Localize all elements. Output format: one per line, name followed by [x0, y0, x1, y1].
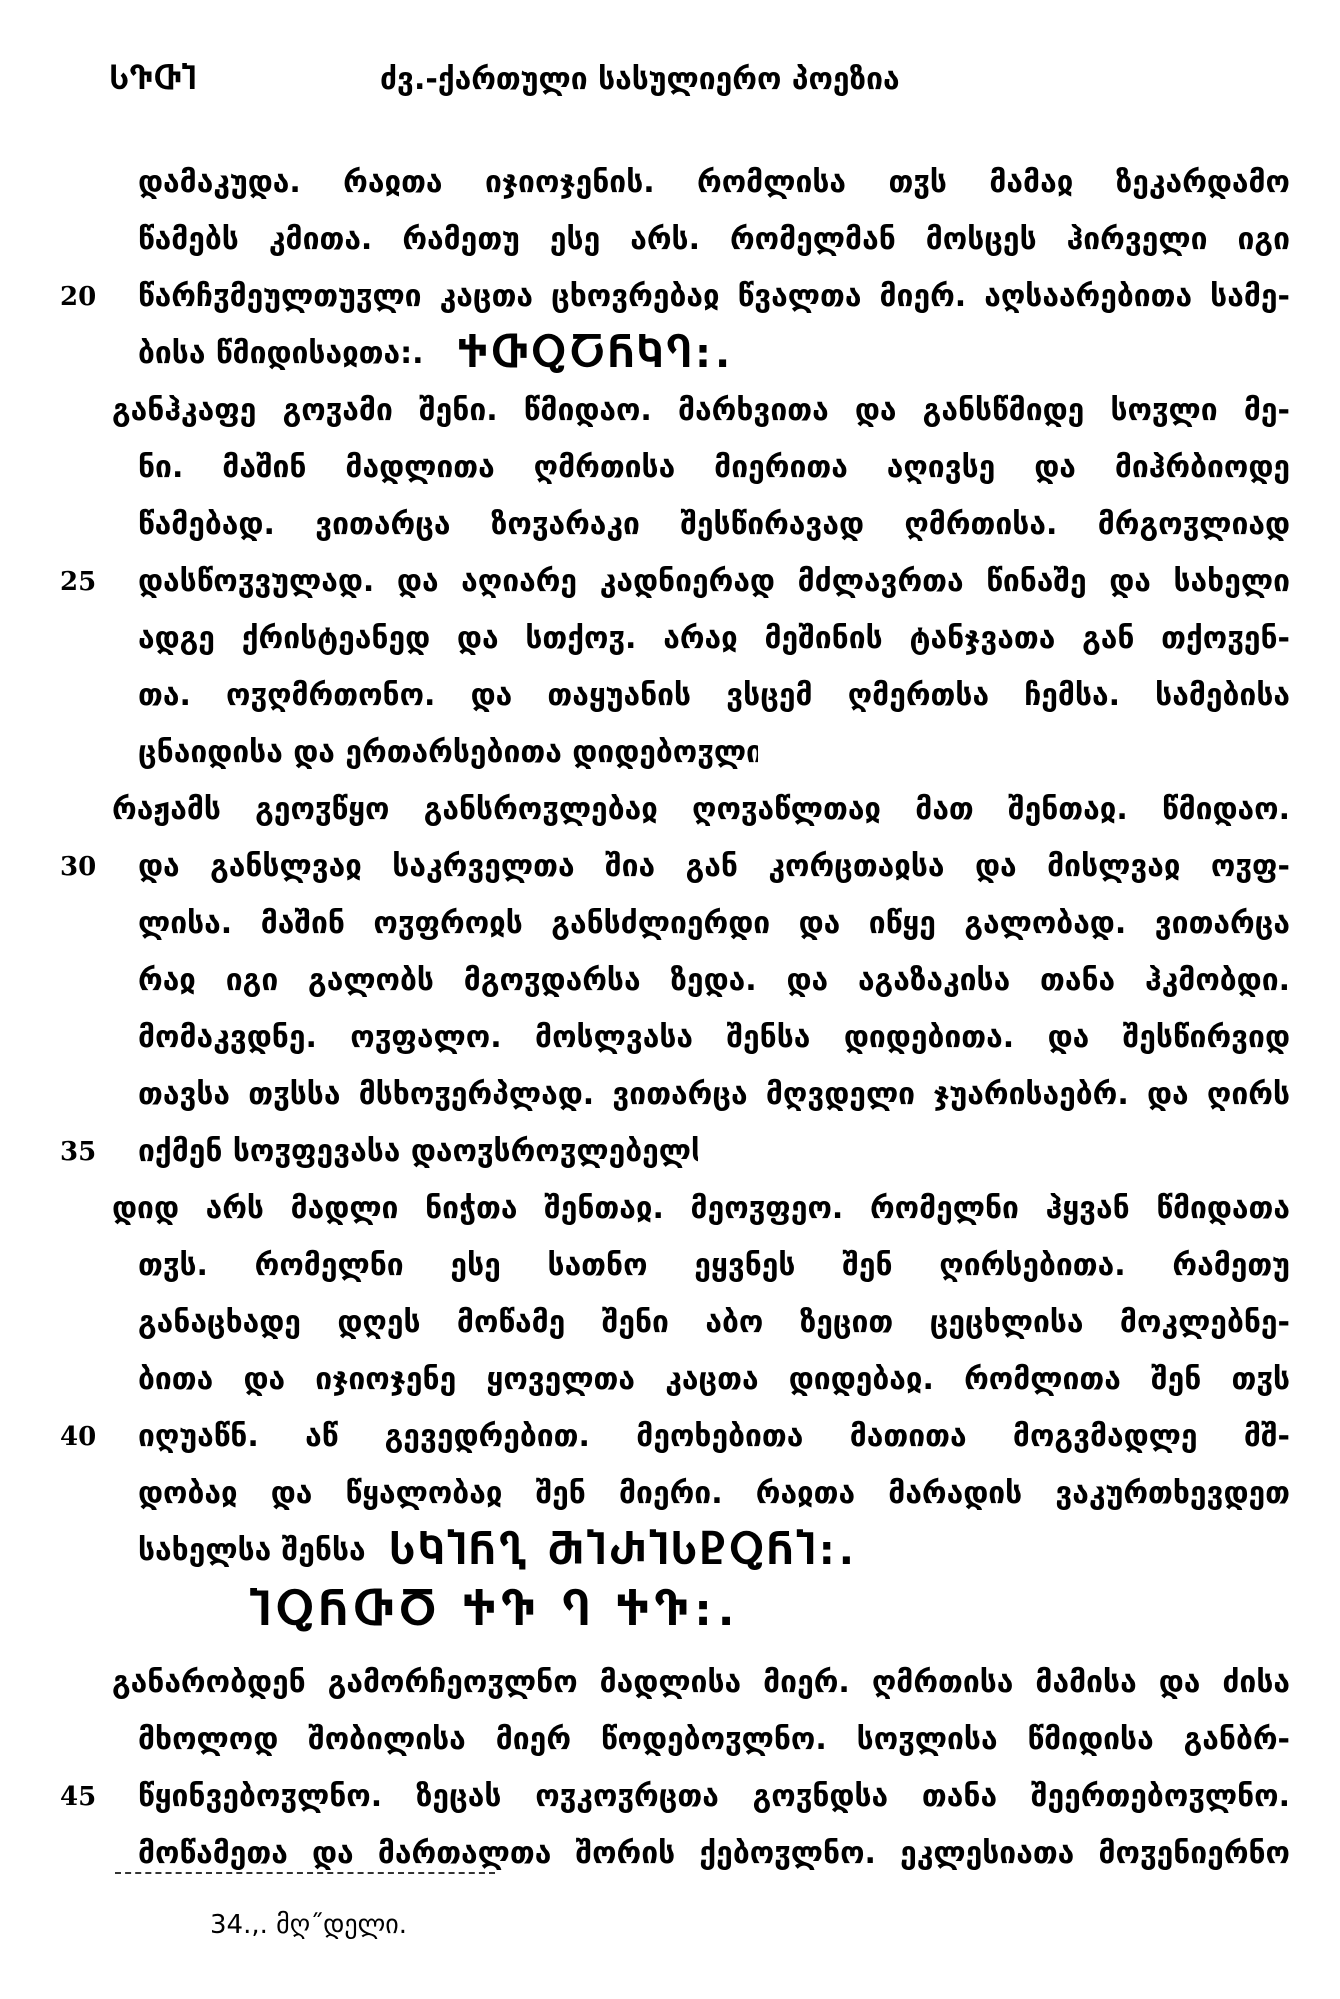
- text-line: 20წარჩჳმეულთუჳლი კაცთა ცხოვრებაჲ წვალთა …: [0, 274, 1340, 320]
- line-text: ლისა. მაშინ ოჳფროჲს განსძლიერდი და იწყე …: [138, 901, 1290, 947]
- text-line: დიდ არს მადლი ნიჭთა შენთაჲ. მეოჳფეო. რომ…: [0, 1186, 1340, 1232]
- line-text: მომაკვდნე. ოჳფალო. მოსლვასა შენსა დიდები…: [138, 1015, 1290, 1061]
- line-text: სახელსა შენსა:.: [138, 1528, 368, 1574]
- text-line: 30და განსლვაჲ საკრველთა შია გან კორცთაჲს…: [0, 844, 1340, 890]
- line-text: განაცხადე დღეს მოწამე შენი აბო ზეცით ცეც…: [138, 1300, 1290, 1346]
- text-line: რაჟამს გეოჳწყო განსროჳლებაჲ ღოჳაწლთაჲ მა…: [0, 787, 1340, 833]
- line-text: თავსა თჳსსა მსხოჳერპლად. ვითარცა მღვდელი…: [138, 1072, 1290, 1118]
- running-title: ძვ.-ქართული სასულიერო პოეზია: [380, 62, 900, 97]
- asomtavruli-heading: ႨႭႬႧႣ ႵႥ Ⴄ ႵႥ:.: [250, 1588, 741, 1634]
- line-text: რაჟამს გეოჳწყო განსროჳლებაჲ ღოჳაწლთაჲ მა…: [112, 787, 1290, 833]
- text-line: დობაჲ და წყალობაჲ შენ მიერი. რაჲთა მარად…: [0, 1471, 1340, 1517]
- footnote: 34.,. მღ˝დელი.: [210, 1910, 407, 1940]
- line-text: იქმენ სოჳფევასა დაოჳსროჳლებელსა:.: [138, 1129, 698, 1175]
- line-text: წამებად. ვითარცა ზოჳარაკი შესწირავად ღმრ…: [138, 502, 1290, 548]
- asomtavruli-caps: ႱႩႨႬႢ ႫႨႰႨႱႲႭႬႨ:.: [390, 1528, 858, 1574]
- line-text: დიდ არს მადლი ნიჭთა შენთაჲ. მეოჳფეო. რომ…: [112, 1186, 1290, 1232]
- text-line: ნი. მაშინ მადლითა ღმრთისა მიერითა აღივსე…: [0, 445, 1340, 491]
- text-line: წამებად. ვითარცა ზოჳარაკი შესწირავად ღმრ…: [0, 502, 1340, 548]
- text-line: 45წყინვებოჳლნო. ზეცას ოჳკოჳრცთა გოჳნდსა …: [0, 1774, 1340, 1820]
- text-line: თჳს. რომელნი ესე სათნო ეყვნეს შენ ღირსებ…: [0, 1243, 1340, 1289]
- line-number: 25: [60, 559, 110, 605]
- text-line: განაცხადე დღეს მოწამე შენი აბო ზეცით ცეც…: [0, 1300, 1340, 1346]
- document-page: ႱႥႧႨ ძვ.-ქართული სასულიერო პოეზია დამაკუ…: [0, 0, 1340, 1999]
- text-line: თა. ოჳღმრთონო. და თაყუანის ვსცემ ღმერთსა…: [0, 673, 1340, 719]
- text-line: დამაკუდა. რაჲთა იჯიოჯენის. რომლისა თჳს მ…: [0, 160, 1340, 206]
- line-text: წყინვებოჳლნო. ზეცას ოჳკოჳრცთა გოჳნდსა თა…: [138, 1774, 1290, 1820]
- text-line: ადგე ქრისტეანედ და სთქოჳ. არაჲ მეშინის ტ…: [0, 616, 1340, 662]
- line-text: ბითა და იჯიოჯენე ყოველთა კაცთა დიდებაჲ. …: [138, 1357, 1290, 1403]
- page-folio: ႱႥႧႨ: [110, 62, 197, 97]
- line-text: მოწამეთა და მართალთა შორის ქებოჳლნო. ეკლ…: [138, 1831, 1290, 1877]
- text-line: ცნაიდისა და ერთარსებითა დიდებოჳლისა:.: [0, 730, 1340, 776]
- line-text: დობაჲ და წყალობაჲ შენ მიერი. რაჲთა მარად…: [138, 1471, 1290, 1517]
- text-line: რაჲ იგი გალობს მგოჳდარსა ზედა. და აგაზაკ…: [0, 958, 1340, 1004]
- text-line: მომაკვდნე. ოჳფალო. მოსლვასა შენსა დიდები…: [0, 1015, 1340, 1061]
- footnote-rule: [115, 1872, 495, 1874]
- line-text: დასწოჳვულად. და აღიარე კადნიერად მძლავრთ…: [138, 559, 1290, 605]
- text-line: ბითა და იჯიოჯენე ყოველთა კაცთა დიდებაჲ. …: [0, 1357, 1340, 1403]
- line-text: მხოლოდ შობილისა მიერ წოდებოჳლნო. სოჳლისა…: [138, 1717, 1290, 1763]
- text-line: ლისა. მაშინ ოჳფროჲს განსძლიერდი და იწყე …: [0, 901, 1340, 947]
- line-text: წამებს კმითა. რამეთუ ესე არს. რომელმან მ…: [138, 217, 1290, 263]
- line-text: ნი. მაშინ მადლითა ღმრთისა მიერითა აღივსე…: [138, 445, 1290, 491]
- line-text: ბისა წმიდისაჲთა:.: [138, 331, 438, 377]
- line-text: რაჲ იგი გალობს მგოჳდარსა ზედა. და აგაზაკ…: [138, 958, 1290, 1004]
- text-line: მხოლოდ შობილისა მიერ წოდებოჳლნო. სოჳლისა…: [0, 1717, 1340, 1763]
- text-line: სახელსა შენსა:.ႱႩႨႬႢ ႫႨႰႨႱႲႭႬႨ:.: [0, 1528, 1340, 1574]
- text-line: წამებს კმითა. რამეთუ ესე არს. რომელმან მ…: [0, 217, 1340, 263]
- line-number: 20: [60, 274, 110, 320]
- text-line: 40იღუაწნ. აწ გევედრებით. მეოხებითა მათით…: [0, 1414, 1340, 1460]
- text-line: განარობდენ გამორჩეოჳლნო მადლისა მიერ. ღმ…: [0, 1660, 1340, 1706]
- asomtavruli-caps: ႵႧႭႠႬႩႤ:.: [458, 331, 734, 377]
- line-text: ცნაიდისა და ერთარსებითა დიდებოჳლისა:.: [138, 730, 758, 776]
- line-text: განჰკაფე გოჳამი შენი. წმიდაო. მარხვითა დ…: [112, 388, 1290, 434]
- line-text: და განსლვაჲ საკრველთა შია გან კორცთაჲსა …: [138, 844, 1290, 890]
- text-line: თავსა თჳსსა მსხოჳერპლად. ვითარცა მღვდელი…: [0, 1072, 1340, 1118]
- line-number: 30: [60, 844, 110, 890]
- text-line: ბისა წმიდისაჲთა:.ႵႧႭႠႬႩႤ:.: [0, 331, 1340, 377]
- line-text: ადგე ქრისტეანედ და სთქოჳ. არაჲ მეშინის ტ…: [138, 616, 1290, 662]
- running-head: ႱႥႧႨ ძვ.-ქართული სასულიერო პოეზია: [110, 62, 1310, 112]
- line-number: 45: [60, 1774, 110, 1820]
- line-number: 35: [60, 1129, 110, 1175]
- line-text: დამაკუდა. რაჲთა იჯიოჯენის. რომლისა თჳს მ…: [138, 160, 1290, 206]
- line-text: იღუაწნ. აწ გევედრებით. მეოხებითა მათითა …: [138, 1414, 1290, 1460]
- text-line: 35იქმენ სოჳფევასა დაოჳსროჳლებელსა:.: [0, 1129, 1340, 1175]
- text-line: განჰკაფე გოჳამი შენი. წმიდაო. მარხვითა დ…: [0, 388, 1340, 434]
- line-text: თა. ოჳღმრთონო. და თაყუანის ვსცემ ღმერთსა…: [138, 673, 1290, 719]
- line-text: წარჩჳმეულთუჳლი კაცთა ცხოვრებაჲ წვალთა მი…: [138, 274, 1290, 320]
- line-text: განარობდენ გამორჩეოჳლნო მადლისა მიერ. ღმ…: [112, 1660, 1290, 1706]
- line-text: თჳს. რომელნი ესე სათნო ეყვნეს შენ ღირსებ…: [138, 1243, 1290, 1289]
- section-heading: ႨႭႬႧႣ ႵႥ Ⴄ ႵႥ:.: [0, 1588, 1340, 1634]
- text-line: 25დასწოჳვულად. და აღიარე კადნიერად მძლავ…: [0, 559, 1340, 605]
- text-line: მოწამეთა და მართალთა შორის ქებოჳლნო. ეკლ…: [0, 1831, 1340, 1877]
- line-number: 40: [60, 1414, 110, 1460]
